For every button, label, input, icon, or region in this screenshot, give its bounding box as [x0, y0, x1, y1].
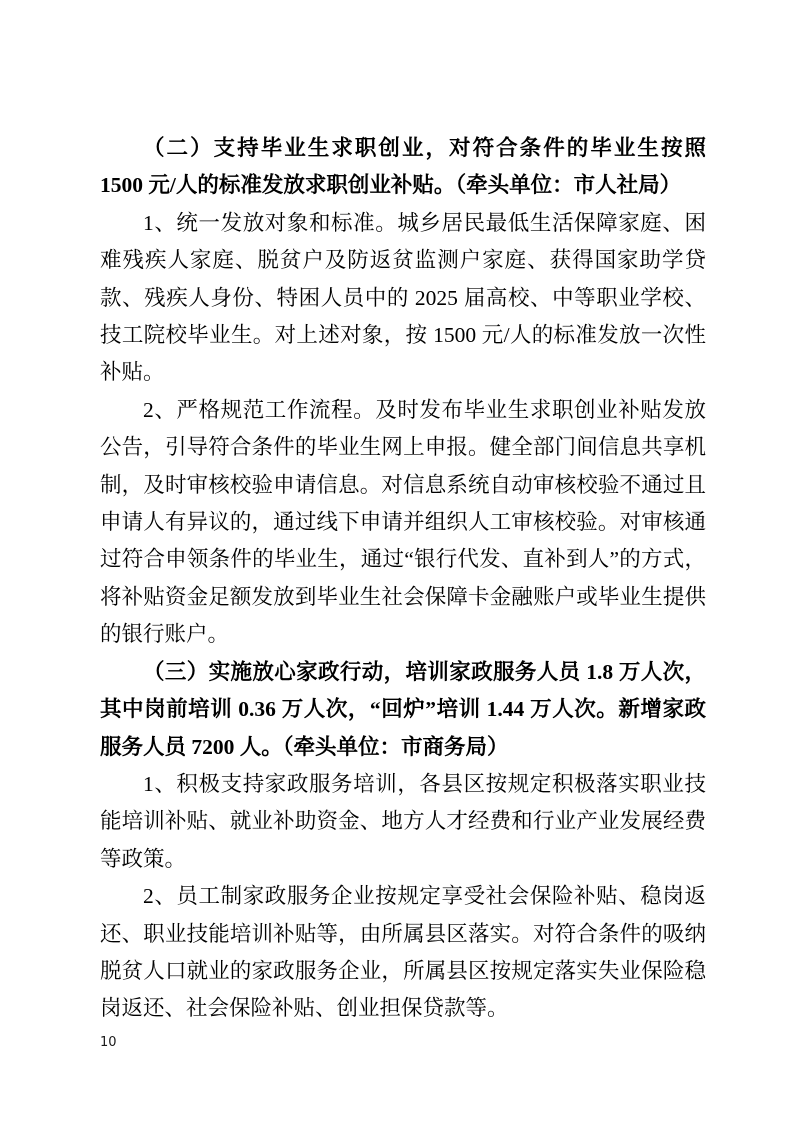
- paragraph-workflow: 2、严格规范工作流程。及时发布毕业生求职创业补贴发放公告，引导符合条件的毕业生网…: [100, 392, 706, 654]
- paragraph-enterprise-subsidy: 2、员工制家政服务企业按规定享受社会保险补贴、稳岗返还、职业技能培训补贴等，由所…: [100, 878, 706, 1028]
- page-number: 10: [100, 1035, 117, 1050]
- paragraph-training-support: 1、积极支持家政服务培训，各县区按规定积极落实职业技能培训补贴、就业补助资金、地…: [100, 766, 706, 878]
- section-heading-2: （二）支持毕业生求职创业，对符合条件的毕业生按照 1500 元/人的标准发放求职…: [100, 130, 706, 205]
- document-page: （二）支持毕业生求职创业，对符合条件的毕业生按照 1500 元/人的标准发放求职…: [0, 0, 793, 1122]
- paragraph-standards: 1、统一发放对象和标准。城乡居民最低生活保障家庭、困难残疾人家庭、脱贫户及防返贫…: [100, 205, 706, 392]
- section-heading-3: （三）实施放心家政行动，培训家政服务人员 1.8 万人次，其中岗前培训 0.36…: [100, 654, 706, 766]
- document-body: （二）支持毕业生求职创业，对符合条件的毕业生按照 1500 元/人的标准发放求职…: [100, 130, 706, 1028]
